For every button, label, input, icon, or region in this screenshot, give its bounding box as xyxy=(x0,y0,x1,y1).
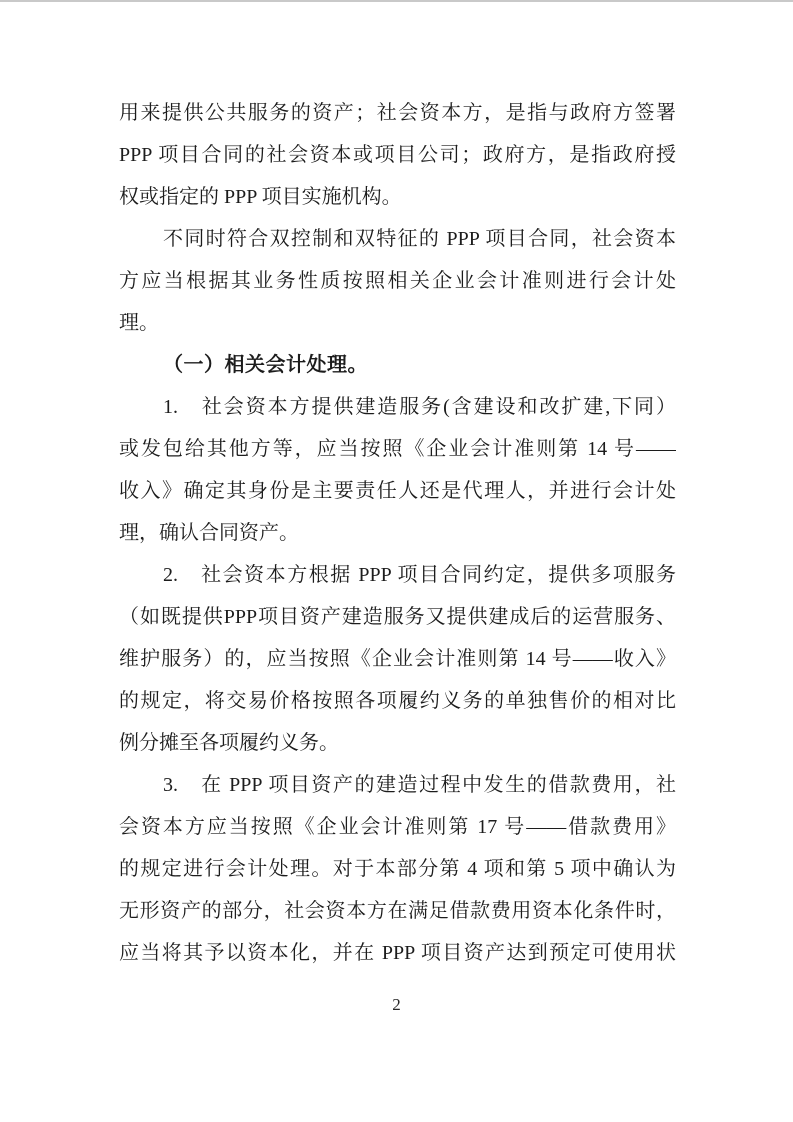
paragraph-non-qualifying-contracts: 不同时符合双控制和双特征的 PPP 项目合同，社会资本 方应当根据其业务性质按照… xyxy=(119,218,676,344)
text-line: 会资本方应当按照《企业会计准则第 17 号——借款费用》 xyxy=(119,806,676,848)
text-line: 用来提供公共服务的资产；社会资本方，是指与政府方签署 xyxy=(119,92,676,134)
page-number: 2 xyxy=(0,995,793,1015)
text-line: 维护服务）的，应当按照《企业会计准则第 14 号——收入》 xyxy=(119,638,676,680)
text-line: 方应当根据其业务性质按照相关企业会计准则进行会计处 xyxy=(119,260,676,302)
section-heading-accounting-treatment: （一）相关会计处理。 xyxy=(119,344,676,386)
page-body: 用来提供公共服务的资产；社会资本方，是指与政府方签署 PPP 项目合同的社会资本… xyxy=(119,92,676,974)
text-line: 2. 社会资本方根据 PPP 项目合同约定，提供多项服务 xyxy=(119,554,676,596)
text-line: 理，确认合同资产。 xyxy=(119,512,676,554)
numbered-item-2-multiple-services: 2. 社会资本方根据 PPP 项目合同约定，提供多项服务 （如既提供PPP项目资… xyxy=(119,554,676,764)
numbered-item-3-borrowing-costs: 3. 在 PPP 项目资产的建造过程中发生的借款费用，社 会资本方应当按照《企业… xyxy=(119,764,676,974)
document-page: 用来提供公共服务的资产；社会资本方，是指与政府方签署 PPP 项目合同的社会资本… xyxy=(0,0,793,1122)
text-line: 的规定进行会计处理。对于本部分第 4 项和第 5 项中确认为 xyxy=(119,848,676,890)
scan-edge-artifact xyxy=(0,0,793,2)
numbered-item-1-construction-services: 1. 社会资本方提供建造服务(含建设和改扩建,下同） 或发包给其他方等，应当按照… xyxy=(119,386,676,554)
text-line: 权或指定的 PPP 项目实施机构。 xyxy=(119,176,676,218)
text-line: 不同时符合双控制和双特征的 PPP 项目合同，社会资本 xyxy=(119,218,676,260)
text-line: 收入》确定其身份是主要责任人还是代理人，并进行会计处 xyxy=(119,470,676,512)
text-line: （如既提供PPP项目资产建造服务又提供建成后的运营服务、 xyxy=(119,596,676,638)
paragraph-definitions-continued: 用来提供公共服务的资产；社会资本方，是指与政府方签署 PPP 项目合同的社会资本… xyxy=(119,92,676,218)
text-line: 1. 社会资本方提供建造服务(含建设和改扩建,下同） xyxy=(119,386,676,428)
text-line: 应当将其予以资本化，并在 PPP 项目资产达到预定可使用状 xyxy=(119,932,676,974)
text-line: 理。 xyxy=(119,302,676,344)
section-heading: （一）相关会计处理。 xyxy=(119,344,676,386)
text-line: 3. 在 PPP 项目资产的建造过程中发生的借款费用，社 xyxy=(119,764,676,806)
text-line: 的规定，将交易价格按照各项履约义务的单独售价的相对比 xyxy=(119,680,676,722)
text-line: 或发包给其他方等，应当按照《企业会计准则第 14 号—— xyxy=(119,428,676,470)
text-line: 无形资产的部分，社会资本方在满足借款费用资本化条件时， xyxy=(119,890,676,932)
text-line: PPP 项目合同的社会资本或项目公司；政府方，是指政府授 xyxy=(119,134,676,176)
text-line: 例分摊至各项履约义务。 xyxy=(119,722,676,764)
